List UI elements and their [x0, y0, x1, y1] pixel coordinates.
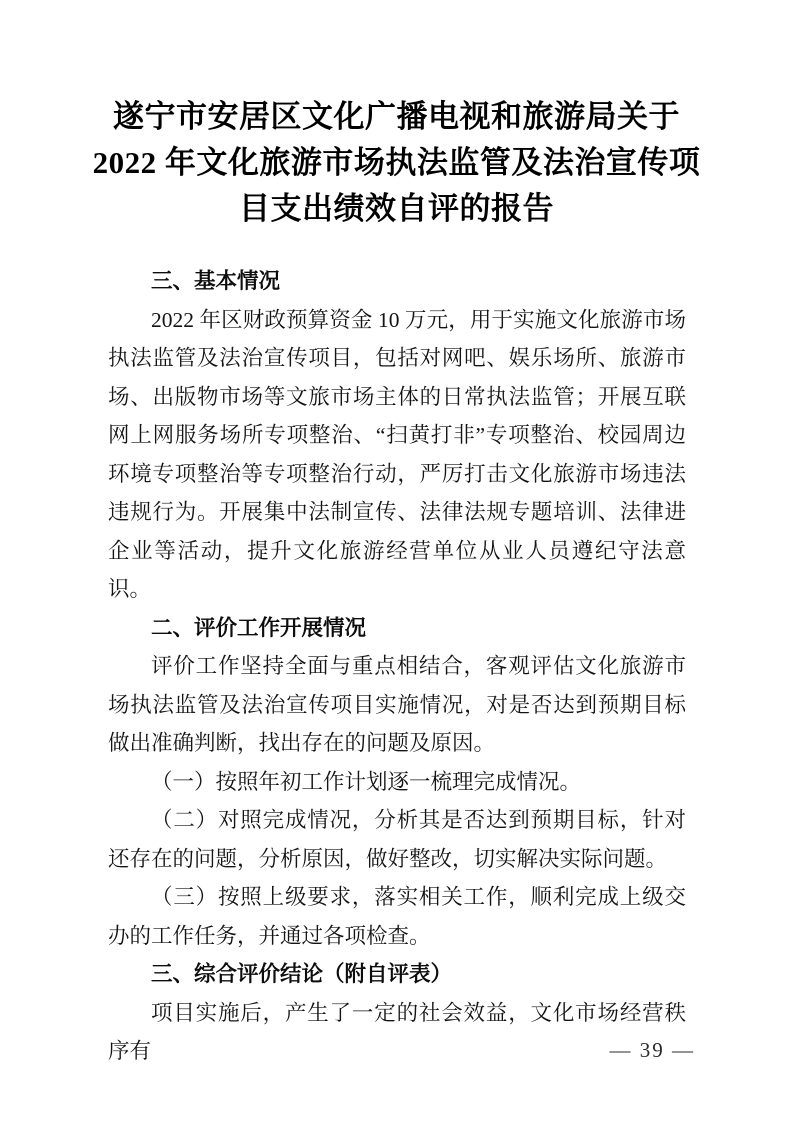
paragraph-budget-overview: 2022 年区财政预算资金 10 万元，用于实施文化旅游市场执法监管及法治宣传项… [108, 301, 686, 609]
page-number: — 39 — [610, 1038, 696, 1062]
title-line-3: 目支出绩效自评的报告 [60, 186, 733, 232]
section-heading-basic-situation: 三、基本情况 [108, 262, 686, 301]
section-heading-comprehensive-conclusion: 三、综合评价结论（附自评表） [108, 955, 686, 994]
title-line-1: 遂宁市安居区文化广播电视和旅游局关于 [60, 94, 733, 140]
title-line-2: 2022 年文化旅游市场执法监管及法治宣传项 [60, 140, 733, 186]
paragraph-evaluation-approach: 评价工作坚持全面与重点相结合，客观评估文化旅游市场执法监管及法治宣传项目实施情况… [108, 647, 686, 763]
paragraph-item-one: （一）按照年初工作计划逐一梳理完成情况。 [108, 763, 686, 802]
document-body: 三、基本情况 2022 年区财政预算资金 10 万元，用于实施文化旅游市场执法监… [108, 262, 686, 1071]
paragraph-item-two: （二）对照完成情况，分析其是否达到预期目标，针对还存在的问题，分析原因，做好整改… [108, 801, 686, 878]
document-title: 遂宁市安居区文化广播电视和旅游局关于 2022 年文化旅游市场执法监管及法治宣传… [60, 94, 733, 232]
paragraph-conclusion-intro: 项目实施后，产生了一定的社会效益，文化市场经营秩序有 [108, 994, 686, 1071]
document-page: 遂宁市安居区文化广播电视和旅游局关于 2022 年文化旅游市场执法监管及法治宣传… [0, 0, 793, 1122]
section-heading-evaluation-work: 二、评价工作开展情况 [108, 609, 686, 648]
paragraph-item-three: （三）按照上级要求，落实相关工作，顺利完成上级交办的工作任务，并通过各项检查。 [108, 878, 686, 955]
